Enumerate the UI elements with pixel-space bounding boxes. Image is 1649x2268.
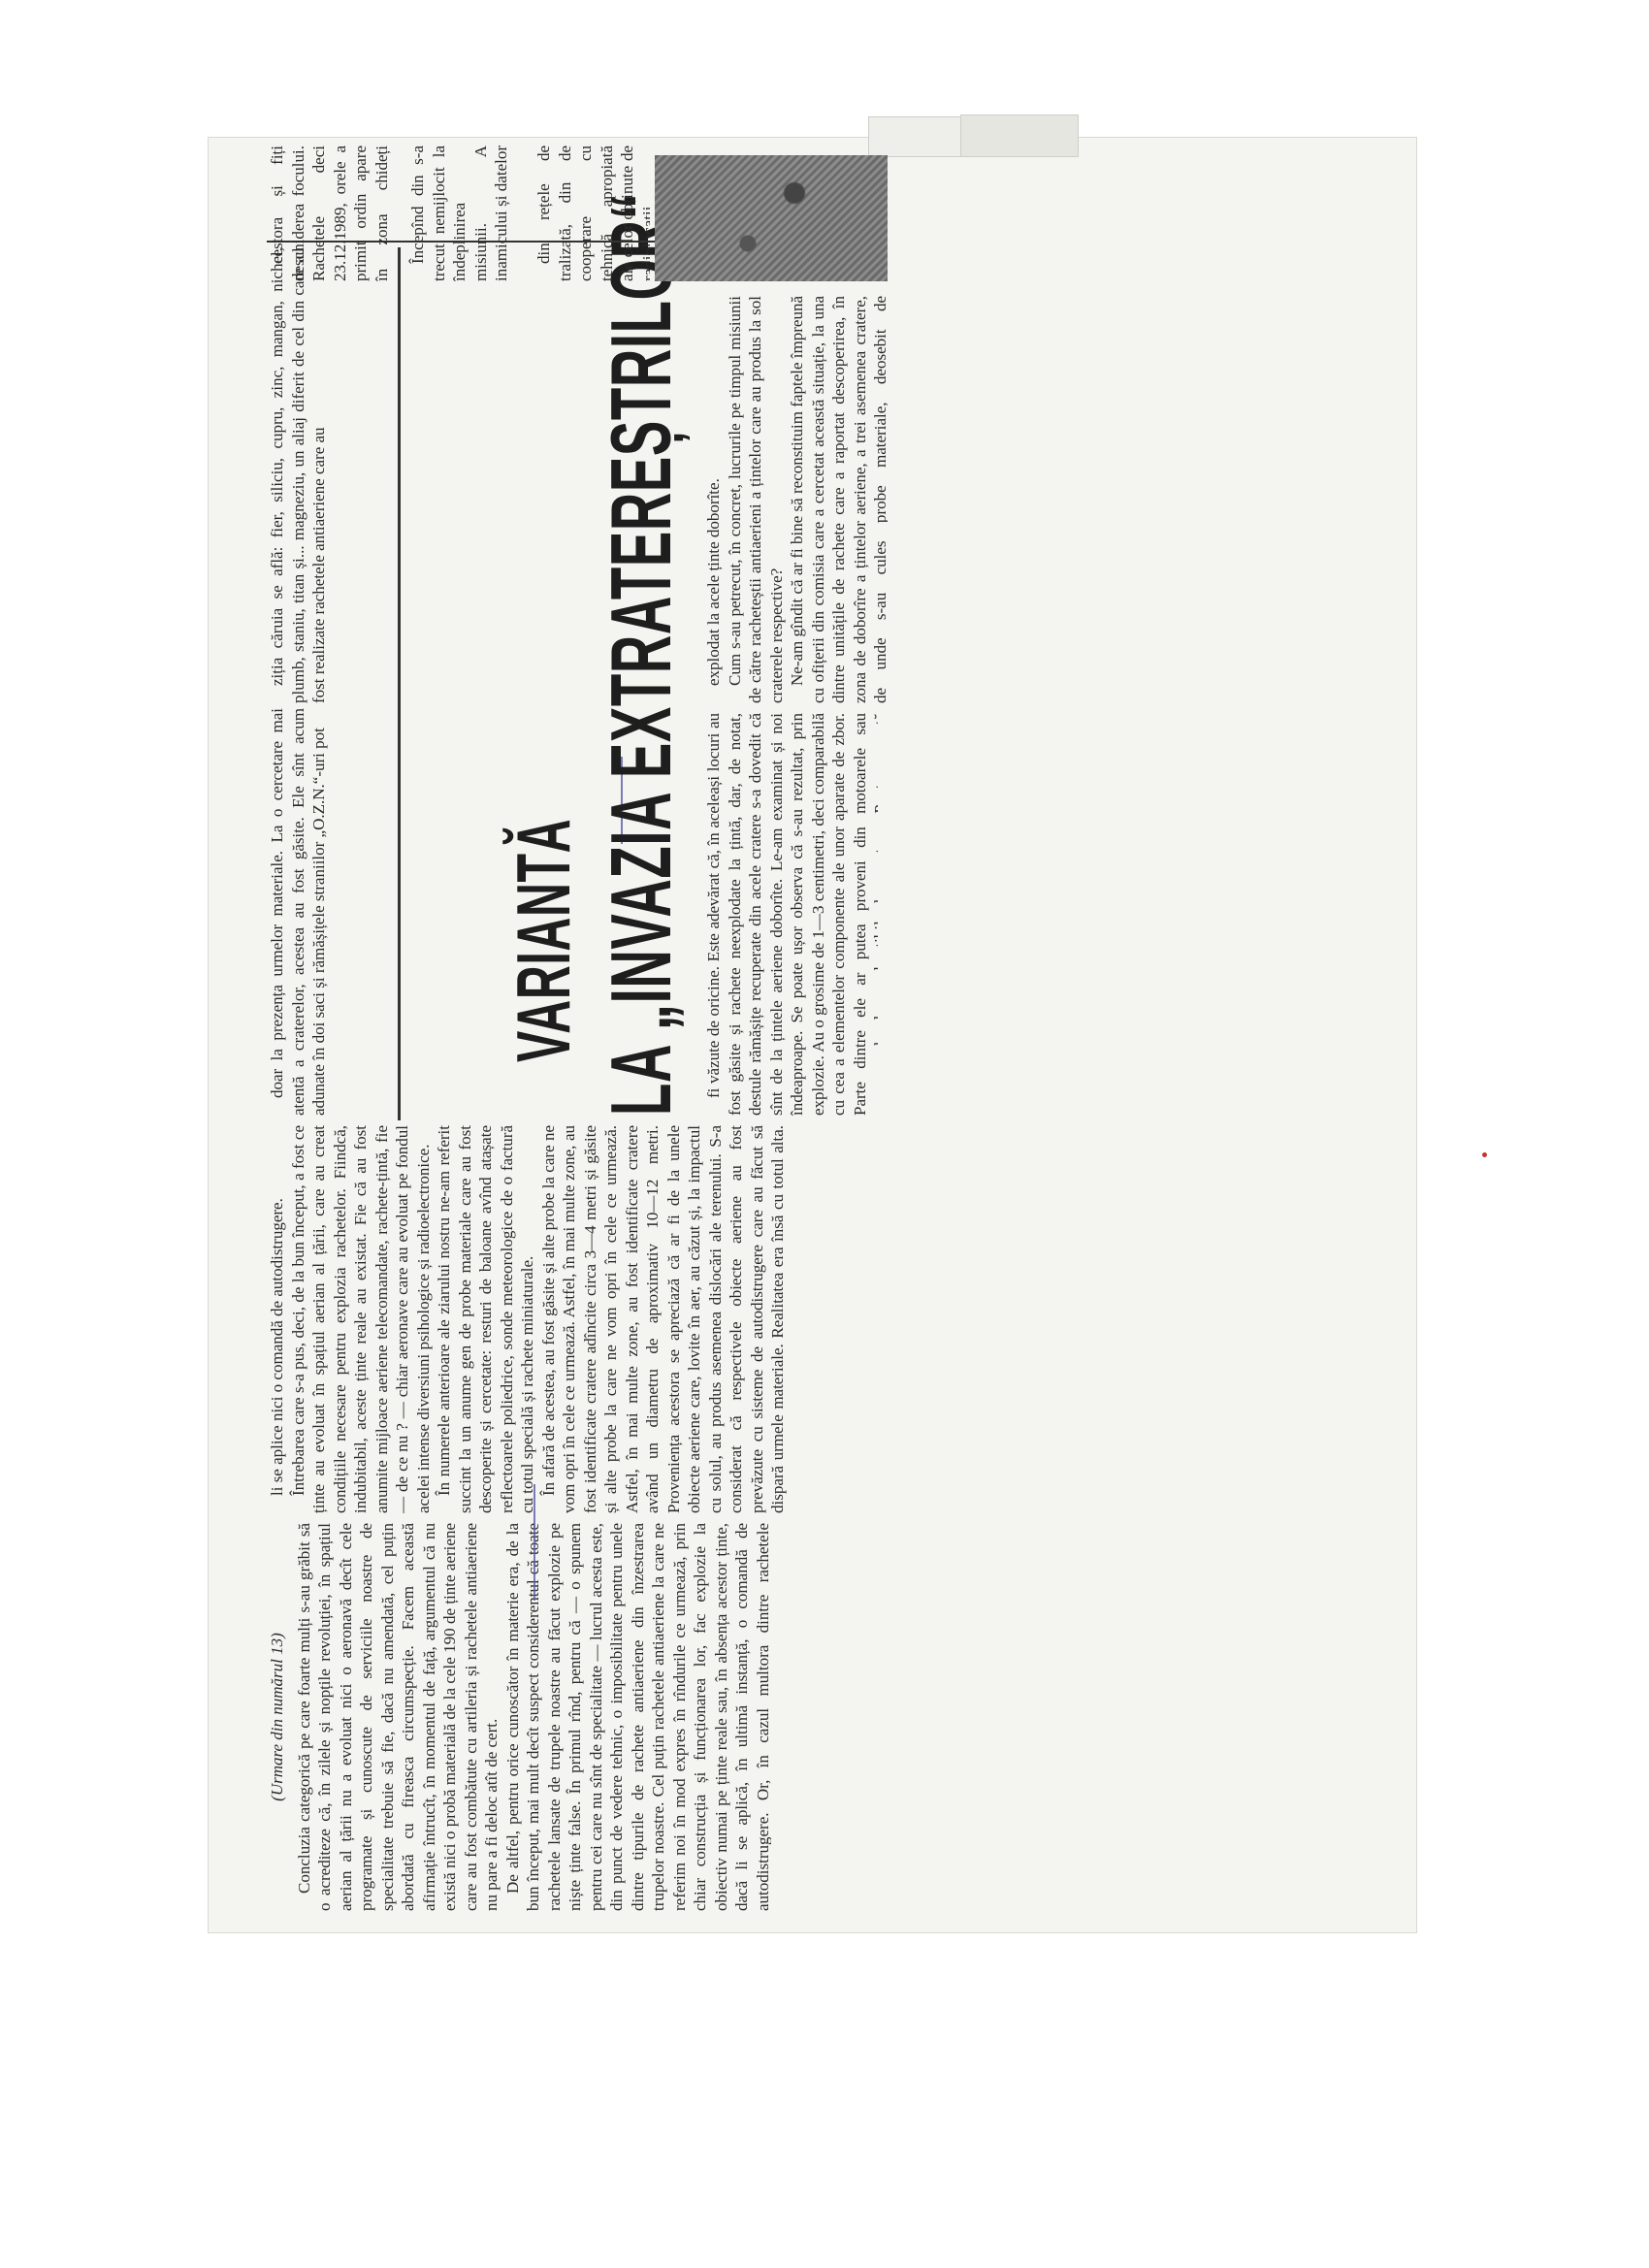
paragraph: Ne-am gîndit că ar fi bine să reconstitu… [787, 296, 888, 703]
article-column-2: li se aplice nici o comandă de autodistr… [267, 1125, 791, 1513]
paragraph: În numerele anterioare ale ziarului nost… [434, 1125, 538, 1513]
article-column-5c: din rețele de tralizată, din de cooperar… [533, 146, 650, 281]
article-column-4: explodat la acele ținte doborîte. Cum s-… [703, 296, 888, 703]
headline-line-2: LA „INVAZIA EXTRATEREȘTRILOR“ [592, 192, 691, 1116]
paragraph: Întrebarea care s-a pus, deci, de la bun… [288, 1125, 435, 1513]
paragraph: li se aplice nici o comandă de autodistr… [267, 1125, 288, 1513]
paragraph: De altfel, pentru orice cunoscător în ma… [502, 1523, 772, 1911]
paragraph: Concluzia categorică pe care foarte mulț… [294, 1523, 502, 1911]
red-ink-dot [1482, 1152, 1487, 1157]
article-column-4-top: ziția căruia se află: fier, siliciu, cup… [267, 247, 393, 703]
article-column-3-top: doar la prezența urmelor materiale. La o… [267, 708, 393, 1116]
rotated-article: (Urmare din numărul 13) Concluzia catego… [213, 146, 1416, 1930]
article-column-1: (Urmare din numărul 13) Concluzia catego… [267, 1523, 771, 1911]
paragraph: ziția căruia se află: fier, siliciu, cup… [267, 247, 330, 703]
paragraph: doar la prezența urmelor materiale. La o… [267, 708, 330, 1116]
article-column-3: fi văzute de oricine. Este adevărat că, … [703, 713, 878, 1116]
paragraph: din rețele de tralizată, din de cooperar… [533, 146, 650, 281]
paragraph: explodat la acele ținte doborîte. [703, 296, 725, 703]
continuation-note: (Urmare din numărul 13) [267, 1523, 288, 1911]
headline-line-1: VARIANTĂ [500, 819, 588, 1062]
headline-rule [398, 247, 401, 1120]
paragraph: Cum s-au petrecut, în concret, lucrurile… [725, 296, 788, 703]
article-column-5b: Începînd din s-a trecut nemijlocit la în… [407, 146, 514, 281]
paragraph: fi văzute de oricine. Este adevărat că, … [703, 713, 878, 1116]
article-column-5: cestora și fiți deschiderea focului. Rac… [267, 146, 393, 281]
halftone-photo [655, 155, 888, 281]
paragraph: cestora și fiți deschiderea focului. Rac… [267, 146, 393, 281]
paragraph: Începînd din s-a trecut nemijlocit la în… [407, 146, 514, 281]
paragraph: În afară de acestea, au fost găsite și a… [538, 1125, 792, 1513]
